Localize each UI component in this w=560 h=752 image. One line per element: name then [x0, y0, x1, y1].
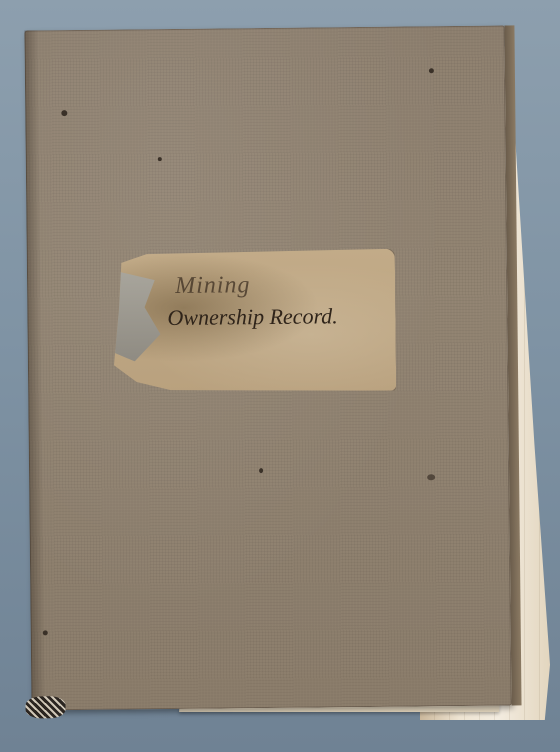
stain-spot — [427, 474, 435, 480]
book-cover: Mining Ownership Record. — [24, 26, 511, 711]
stain-spot — [429, 68, 434, 73]
stain-spot — [43, 630, 48, 635]
photo-scene: 2 29 15 W. Ingham Mining Ownership Recor… — [0, 0, 560, 752]
torn-label-area — [113, 271, 166, 362]
frayed-corner — [25, 696, 65, 718]
label-handwriting-line2: Ownership Record. — [167, 303, 338, 331]
spine-shadow — [24, 30, 45, 710]
stain-spot — [158, 157, 162, 161]
stain-spot — [259, 468, 263, 473]
label-handwriting-line1: Mining — [175, 272, 251, 300]
stain-spot — [61, 110, 67, 116]
paper-title-label: Mining Ownership Record. — [113, 249, 396, 394]
